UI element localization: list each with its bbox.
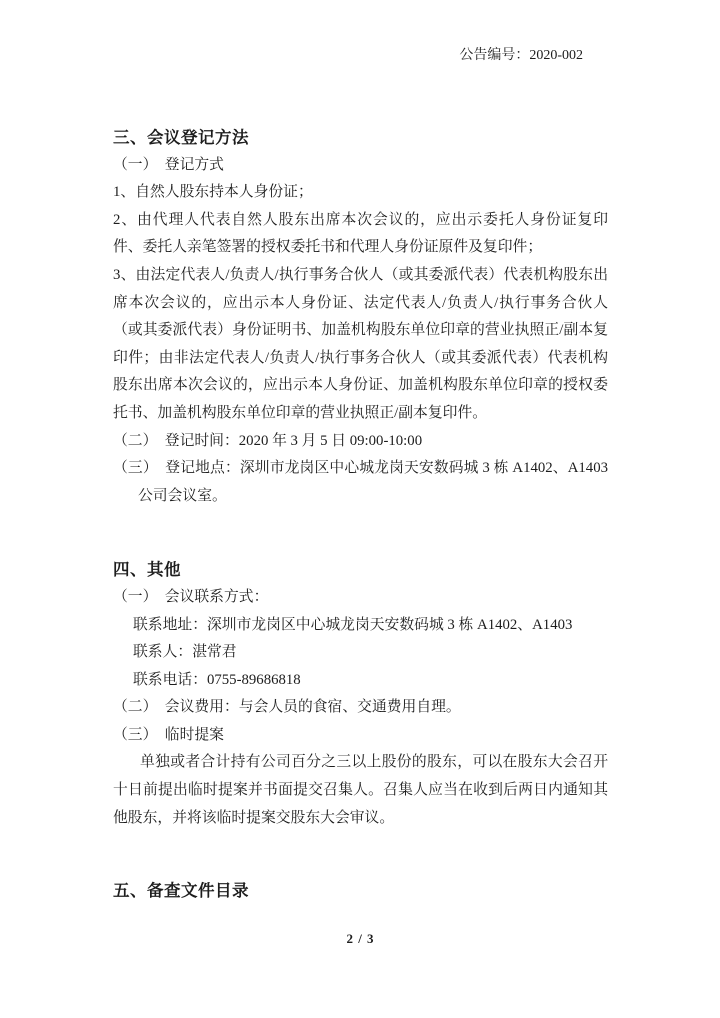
document-page: 公告编号：2020-002 三、会议登记方法 （一） 登记方式 1、自然人股东持… [0, 0, 720, 1018]
paragraph-contact-address: 联系地址：深圳市龙岗区中心城龙岗天安数码城 3 栋 A1402、A1403 [113, 612, 608, 640]
section-others: 四、其他 （一） 会议联系方式： 联系地址：深圳市龙岗区中心城龙岗天安数码城 3… [113, 556, 608, 832]
section-title-reference-documents: 五、备查文件目录 [113, 877, 608, 905]
paragraph-meeting-expenses: （二） 会议费用：与会人员的食宿、交通费用自理。 [113, 694, 608, 722]
section-registration-method: 三、会议登记方法 （一） 登记方式 1、自然人股东持本人身份证； 2、由代理人代… [113, 124, 608, 510]
paragraph-proxy-attendance: 2、由代理人代表自然人股东出席本次会议的，应出示委托人身份证复印件、委托人亲笔签… [113, 207, 608, 262]
section-title-registration-method: 三、会议登记方法 [113, 124, 608, 152]
paragraph-interim-proposal-label: （三） 临时提案 [113, 722, 608, 750]
paragraph-registration-mode-label: （一） 登记方式 [113, 152, 608, 180]
paragraph-registration-place: （三） 登记地点：深圳市龙岗区中心城龙岗天安数码城 3 栋 A1402、A140… [113, 455, 608, 510]
paragraph-registration-time: （二） 登记时间：2020 年 3 月 5 日 09:00-10:00 [113, 428, 608, 456]
paragraph-contact-info-label: （一） 会议联系方式： [113, 584, 608, 612]
section-reference-documents: 五、备查文件目录 [113, 877, 608, 905]
paragraph-legal-representative: 3、由法定代表人/负责人/执行事务合伙人（或其委派代表）代表机构股东出席本次会议… [113, 262, 608, 428]
page-number: 2 / 3 [113, 929, 608, 949]
paragraph-natural-person: 1、自然人股东持本人身份证； [113, 179, 608, 207]
section-title-others: 四、其他 [113, 556, 608, 584]
paragraph-contact-phone: 联系电话：0755-89686818 [113, 667, 608, 695]
announcement-number: 公告编号：2020-002 [113, 46, 608, 66]
paragraph-contact-person: 联系人：湛常君 [113, 639, 608, 667]
paragraph-interim-proposal-body: 单独或者合计持有公司百分之三以上股份的股东，可以在股东大会召开十日前提出临时提案… [113, 749, 608, 832]
